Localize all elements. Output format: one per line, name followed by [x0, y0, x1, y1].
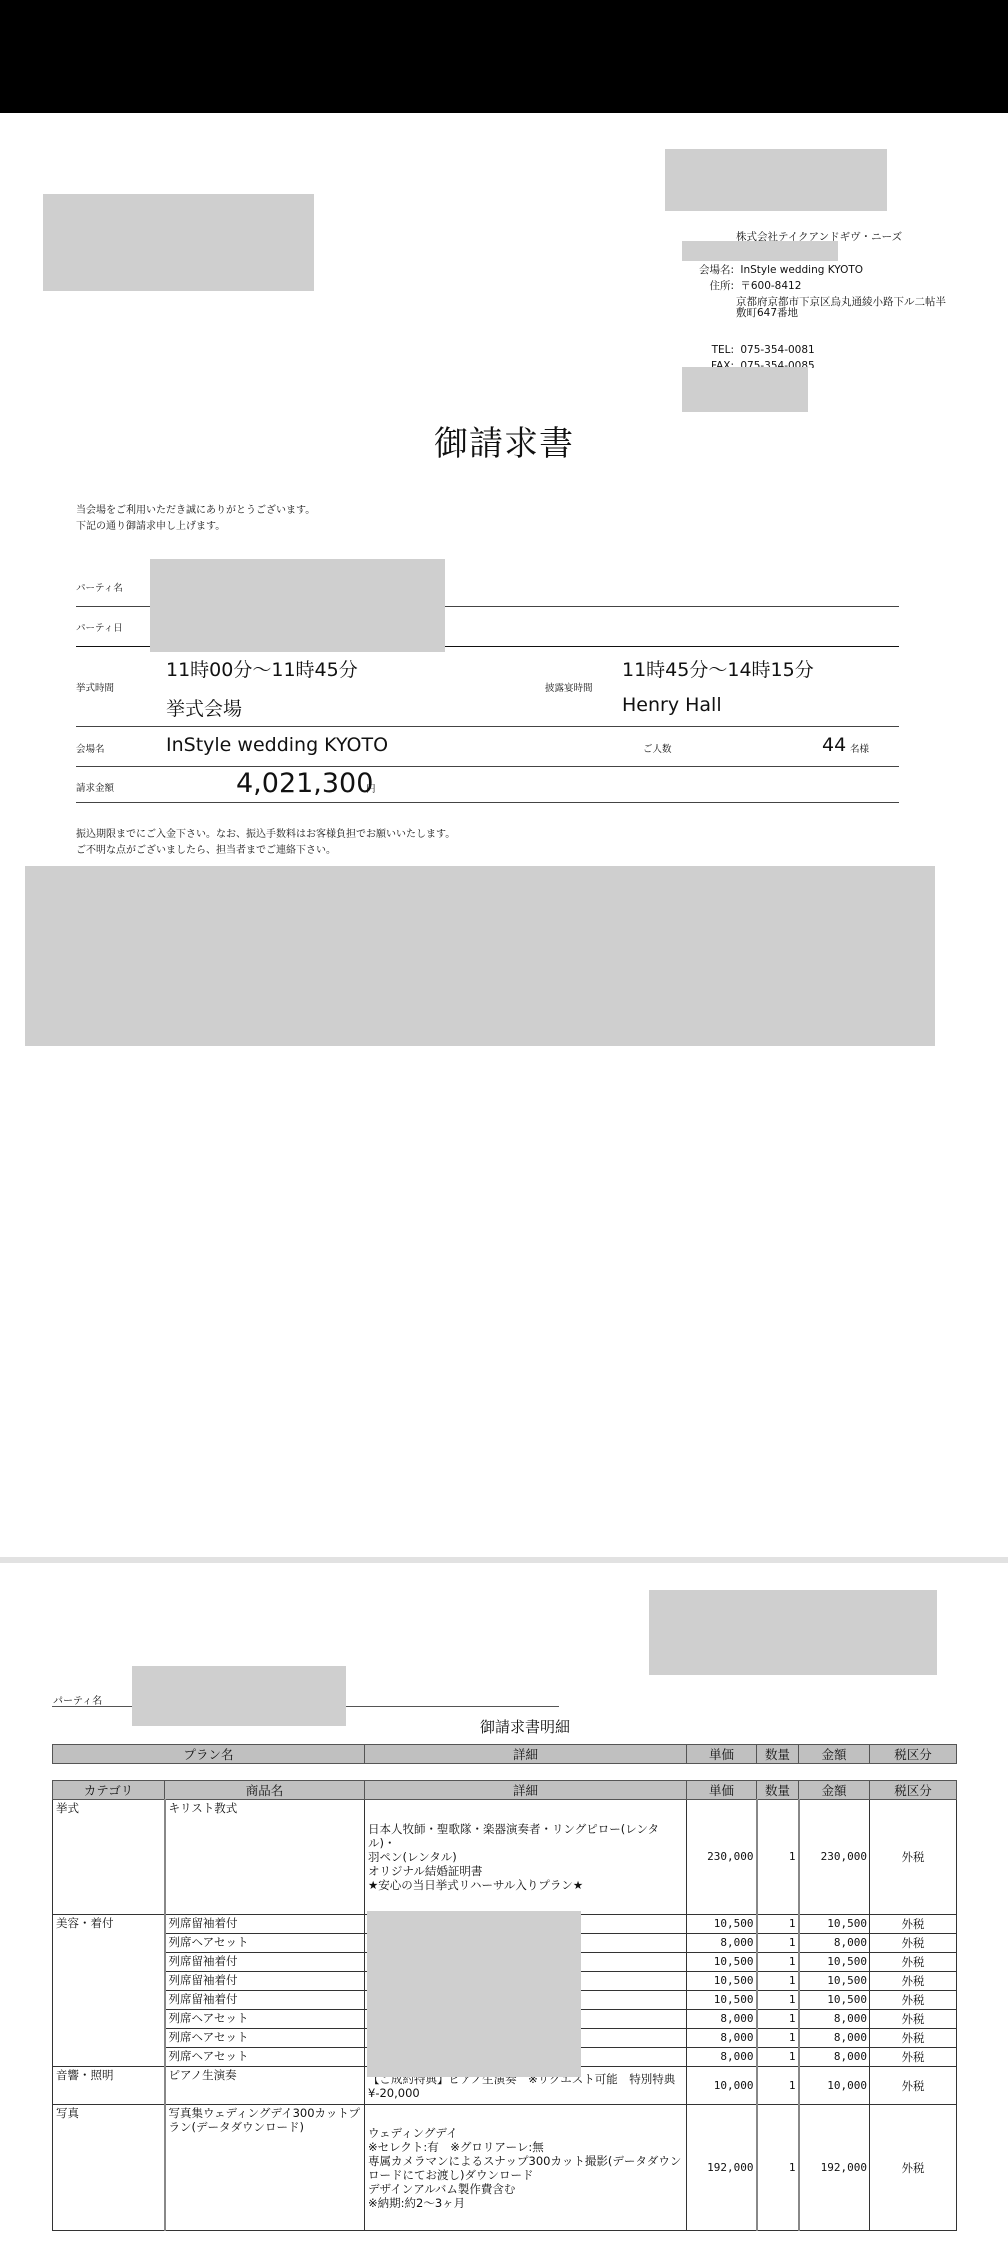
guests-unit: 名様 [850, 741, 869, 755]
greeting-line-1: 当会場をご利用いただき誠にありがとうございます。 [76, 504, 315, 518]
venue-label: 会場名 [76, 741, 105, 755]
issuer-tel: 075-354-0081 [740, 344, 814, 356]
issuer-address-line2: 敷町647番地 [736, 308, 798, 319]
cell-unit-price: 230,000 [687, 1800, 757, 1915]
issuer-venue: InStyle wedding KYOTO [740, 264, 863, 276]
cell-category: 写真 [53, 2105, 165, 2231]
cell-quantity: 1 [757, 2105, 799, 2231]
cell-tax-type: 外税 [870, 2067, 957, 2105]
cell-quantity: 1 [757, 2010, 799, 2029]
cell-amount: 10,500 [799, 1953, 870, 1972]
issuer-tel-row: TEL: 075-354-0081 [664, 344, 815, 357]
divider [76, 726, 899, 727]
cell-unit-price: 192,000 [687, 2105, 757, 2231]
items-header: 商品名 [165, 1781, 365, 1800]
venue-name: InStyle wedding KYOTO [166, 734, 388, 756]
cell-quantity: 1 [757, 1972, 799, 1991]
cell-unit-price: 10,000 [687, 2067, 757, 2105]
ceremony-place: 挙式会場 [166, 694, 242, 721]
items-header-row: カテゴリ 商品名 詳細 単価 数量 金額 税区分 [53, 1781, 957, 1800]
cell-product-name: 列席留袖着付 [165, 1972, 365, 1991]
cell-product-name: キリスト教式 [165, 1800, 365, 1915]
cell-quantity: 1 [757, 2029, 799, 2048]
cell-product-name: 列席ヘアセット [165, 2029, 365, 2048]
issuer-address-row: 住所: 〒600-8412 [664, 280, 801, 293]
redacted-issuer-stamp [682, 367, 808, 412]
party-date-label: パーティ日 [76, 620, 123, 634]
items-header: 数量 [757, 1781, 799, 1800]
redacted-issuer-logo [665, 149, 887, 211]
cell-unit-price: 10,500 [687, 1972, 757, 1991]
cell-amount: 10,500 [799, 1991, 870, 2010]
cell-amount: 230,000 [799, 1800, 870, 1915]
cell-unit-price: 10,500 [687, 1915, 757, 1934]
cell-tax-type: 外税 [870, 2029, 957, 2048]
cell-quantity: 1 [757, 1991, 799, 2010]
cell-amount: 8,000 [799, 2048, 870, 2067]
top-bar [0, 0, 1008, 113]
amount-unit: 円 [366, 781, 376, 795]
cell-tax-type: 外税 [870, 1934, 957, 1953]
note-line-2: ご不明な点がございましたら、担当者までご連絡下さい。 [76, 844, 336, 858]
plan-header: 金額 [799, 1745, 870, 1764]
cell-detail: 日本人牧師・聖歌隊・楽器演奏者・リングピロー(レンタル)・ 羽ペン(レンタル) … [365, 1800, 687, 1915]
detail-party-name-label: パーティ名 [53, 1692, 102, 1707]
ceremony-time-label: 挙式時間 [76, 680, 114, 694]
issuer-venue-row: 会場名: InStyle wedding KYOTO [664, 264, 863, 277]
cell-category: 音響・照明 [53, 2067, 165, 2105]
cell-tax-type: 外税 [870, 1953, 957, 1972]
cell-tax-type: 外税 [870, 1800, 957, 1915]
cell-unit-price: 8,000 [687, 2048, 757, 2067]
cell-tax-type: 外税 [870, 1915, 957, 1934]
issuer-address-label: 住所: [664, 280, 734, 293]
plan-header: 単価 [687, 1745, 757, 1764]
cell-quantity: 1 [757, 1800, 799, 1915]
cell-detail: ウェディングデイ ※セレクト:有 ※グロリアーレ:無 専属カメラマンによるスナッ… [365, 2105, 687, 2231]
reception-time-label: 披露宴時間 [545, 680, 593, 694]
amount-label: 請求金額 [76, 780, 114, 794]
cell-quantity: 1 [757, 2067, 799, 2105]
guests-label: ご人数 [643, 741, 672, 755]
party-name-label: パーティ名 [76, 580, 123, 594]
cell-tax-type: 外税 [870, 2010, 957, 2029]
cell-unit-price: 8,000 [687, 2010, 757, 2029]
cell-product-name: 列席ヘアセット [165, 1934, 365, 1953]
plan-header: プラン名 [53, 1745, 365, 1764]
invoice-title: 御請求書 [0, 416, 1008, 465]
redacted-party-info [150, 559, 445, 652]
table-row: 写真写真集ウェディングデイ300カットプラン(データダウンロード)ウェディングデ… [53, 2105, 957, 2231]
items-header: 金額 [799, 1781, 870, 1800]
cell-unit-price: 8,000 [687, 2029, 757, 2048]
redacted-issuer-line [682, 241, 838, 261]
cell-category: 挙式 [53, 1800, 165, 1915]
ceremony-time: 11時00分～11時45分 [166, 655, 358, 682]
divider [76, 766, 899, 767]
plan-header: 詳細 [365, 1745, 687, 1764]
cell-product-name: 列席留袖着付 [165, 1915, 365, 1934]
cell-unit-price: 10,500 [687, 1991, 757, 2010]
guests-count: 44 [822, 734, 846, 756]
cell-product-name: 列席ヘアセット [165, 2010, 365, 2029]
cell-amount: 8,000 [799, 2010, 870, 2029]
table-row: 挙式キリスト教式日本人牧師・聖歌隊・楽器演奏者・リングピロー(レンタル)・ 羽ペ… [53, 1800, 957, 1915]
cell-amount: 8,000 [799, 1934, 870, 1953]
cell-unit-price: 10,500 [687, 1953, 757, 1972]
items-header: 税区分 [870, 1781, 957, 1800]
cell-product-name: 列席留袖着付 [165, 1991, 365, 2010]
page-separator [0, 1557, 1008, 1563]
cell-product-name: ピアノ生演奏 [165, 2067, 365, 2105]
redacted-issuer-logo-2 [649, 1590, 937, 1675]
plan-table: プラン名 詳細 単価 数量 金額 税区分 [52, 1744, 957, 1764]
plan-header-row: プラン名 詳細 単価 数量 金額 税区分 [53, 1745, 957, 1764]
issuer-venue-label: 会場名: [664, 264, 734, 277]
cell-unit-price: 8,000 [687, 1934, 757, 1953]
cell-quantity: 1 [757, 1953, 799, 1972]
cell-quantity: 1 [757, 2048, 799, 2067]
redacted-bank-info [25, 866, 935, 1046]
cell-product-name: 列席ヘアセット [165, 2048, 365, 2067]
cell-amount: 10,000 [799, 2067, 870, 2105]
cell-tax-type: 外税 [870, 1972, 957, 1991]
cell-tax-type: 外税 [870, 2048, 957, 2067]
cell-amount: 10,500 [799, 1972, 870, 1991]
cell-amount: 10,500 [799, 1915, 870, 1934]
cell-amount: 8,000 [799, 2029, 870, 2048]
note-line-1: 振込期限までにご入金下さい。なお、振込手数料はお客様負担でお願いいたします。 [76, 828, 455, 842]
cell-tax-type: 外税 [870, 2105, 957, 2231]
plan-header: 数量 [757, 1745, 799, 1764]
greeting-line-2: 下記の通り御請求申し上げます。 [76, 520, 225, 534]
items-header: 単価 [687, 1781, 757, 1800]
reception-place: Henry Hall [622, 694, 722, 716]
cell-product-name: 列席留袖着付 [165, 1953, 365, 1972]
reception-time: 11時45分～14時15分 [622, 655, 814, 682]
items-header: カテゴリ [53, 1781, 165, 1800]
cell-amount: 192,000 [799, 2105, 870, 2231]
issuer-postal: 〒600-8412 [740, 280, 801, 292]
issuer-tel-label: TEL: [664, 344, 734, 357]
plan-header: 税区分 [870, 1745, 957, 1764]
redacted-details [367, 1911, 581, 2077]
detail-title: 御請求書明細 [0, 1716, 1008, 1737]
cell-quantity: 1 [757, 1915, 799, 1934]
cell-product-name: 写真集ウェディングデイ300カットプラン(データダウンロード) [165, 2105, 365, 2231]
cell-tax-type: 外税 [870, 1991, 957, 2010]
invoice-amount: 4,021,300 [236, 768, 373, 799]
redacted-logo [43, 194, 314, 291]
items-header: 詳細 [365, 1781, 687, 1800]
divider [76, 802, 899, 803]
cell-quantity: 1 [757, 1934, 799, 1953]
cell-category: 美容・着付 [53, 1915, 165, 2067]
